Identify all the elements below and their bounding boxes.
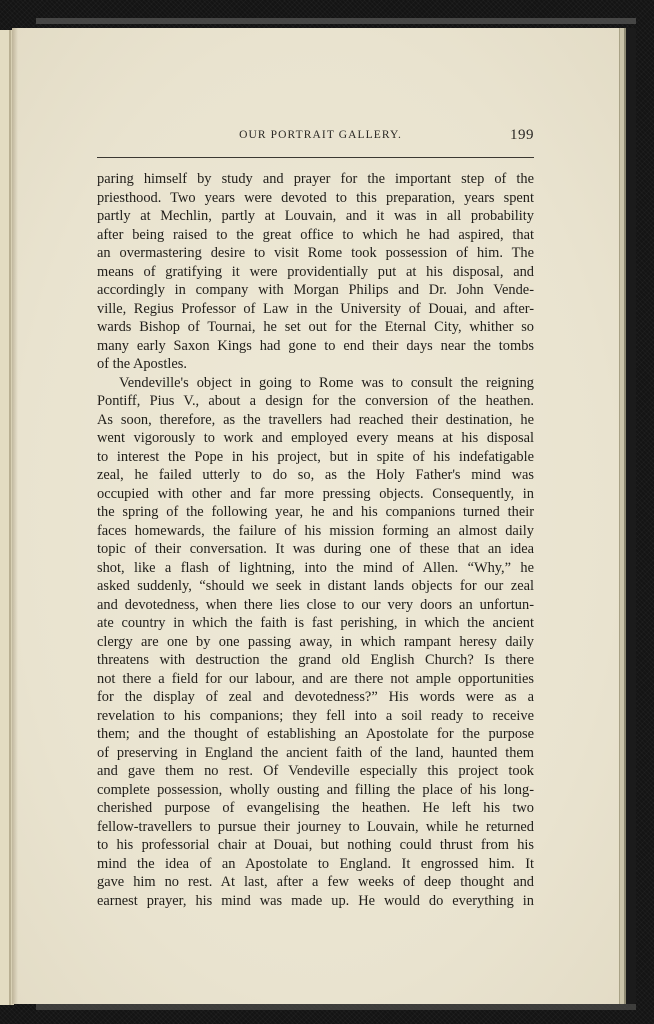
text-line: revelation to his companions; they fell … [97,707,534,726]
text-line: partly at Mechlin, partly at Louvain, an… [97,207,534,226]
text-line: wards Bishop of Tournai, he set out for … [97,318,534,337]
text-line: faces homewards, the failure of his miss… [97,522,534,541]
text-line: ate country in which the faith is fast p… [97,614,534,633]
running-title: OUR PORTRAIT GALLERY. [97,129,534,141]
cover-board-edge-bottom [36,1004,636,1010]
text-line: priesthood. Two years were devoted to th… [97,189,534,208]
paragraph-2: Vendeville's object in going to Rome was… [97,374,534,911]
text-line: of the Apostles. [97,355,534,374]
running-head: OUR PORTRAIT GALLERY. 199 [97,127,534,147]
gutter-shadow [12,28,18,1004]
text-line: Pontiff, Pius V., about a design for the… [97,392,534,411]
header-rule [97,157,534,158]
text-line: asked suddenly, “should we seek in dista… [97,577,534,596]
text-line: paring himself by study and prayer for t… [97,170,534,189]
text-line: accordingly in company with Morgan Phili… [97,281,534,300]
text-line: Vendeville's object in going to Rome was… [97,374,534,393]
text-line: after being raised to the great office t… [97,226,534,245]
text-line: As soon, therefore, as the travellers ha… [97,411,534,430]
text-line: to interest the Pope in his project, but… [97,448,534,467]
text-line: them; and the thought of establishing an… [97,725,534,744]
text-line: earnest prayer, his mind was made up. He… [97,892,534,911]
text-line: clergy are one by one passing away, in w… [97,633,534,652]
text-line: threatens with destruction the grand old… [97,651,534,670]
paragraph-1: paring himself by study and prayer for t… [97,170,534,374]
text-line: and devotedness, when there lies close t… [97,596,534,615]
text-line: gave him no rest. At last, after a few w… [97,873,534,892]
text-line: not there a field for our labour, and ar… [97,670,534,689]
cover-board-edge-top [36,18,636,24]
text-line: and gave them no rest. Of Vendeville esp… [97,762,534,781]
text-line: ville, Regius Professor of Law in the Un… [97,300,534,319]
text-line: for the display of zeal and devotedness?… [97,688,534,707]
text-line: went vigorously to work and employed eve… [97,429,534,448]
text-line: fellow-travellers to pursue their journe… [97,818,534,837]
text-line: of preserving in England the ancient fai… [97,744,534,763]
text-line: mind the idea of an Apostolate to Englan… [97,855,534,874]
text-line: many early Saxon Kings had gone to end t… [97,337,534,356]
text-line: topic of their conversation. It was duri… [97,540,534,559]
body-text: paring himself by study and prayer for t… [97,170,534,910]
text-line: to his professorial chair at Douai, but … [97,836,534,855]
text-line: an overmastering desire to visit Rome to… [97,244,534,263]
text-line: cherished purpose of evangelising the he… [97,799,534,818]
text-line: complete possession, wholly ousting and … [97,781,534,800]
text-line: means of gratifying it were providential… [97,263,534,282]
text-line: zeal, he failed utterly to do so, as the… [97,466,534,485]
page-number: 199 [510,127,534,144]
text-line: the spring of the following year, he and… [97,503,534,522]
text-line: occupied with other and far more pressin… [97,485,534,504]
text-line: shot, like a flash of lightning, into th… [97,559,534,578]
